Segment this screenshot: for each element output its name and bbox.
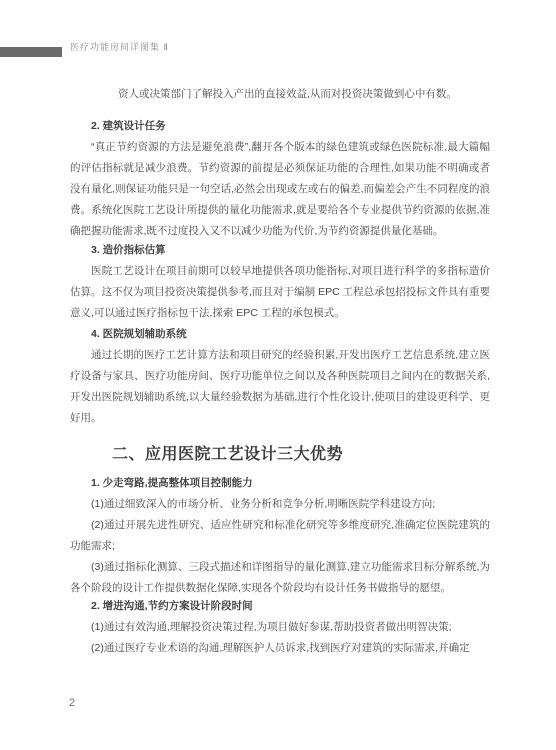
section-title-three-advantages: 二、应用医院工艺设计三大优势	[112, 442, 490, 468]
advantage2-item-1: (1)通过有效沟通,理解投资决策过程,为项目做好参谋,帮助投资者做出明智决策;	[70, 617, 490, 638]
header-band	[0, 47, 62, 57]
advantage2-item-2: (2)通过医疗专业术语的沟通,理解医护人员诉求,找到医疗对建筑的实际需求,并确定	[70, 638, 490, 659]
paragraph-building-design-task: “真正节约资源的方法是避免浪费”,翻开各个版本的绿色建筑或绿色医院标准,最大篇幅…	[70, 137, 490, 242]
heading-advantage-2: 2. 增进沟通,节约方案设计阶段时间	[91, 596, 490, 617]
book-page: 医疗功能房间详图集 Ⅱ 资人或决策部门了解投入产出的直接效益,从而对投资决策做到…	[0, 0, 556, 750]
advantage1-item-2: (2)通过开展先进性研究、适应性研究和标准化研究等多维度研究,准确定位医院建筑的…	[70, 515, 490, 557]
page-body: 资人或决策部门了解投入产出的直接效益,从而对投资决策做到心中有数。 2. 建筑设…	[70, 84, 490, 659]
running-header-title: 医疗功能房间详图集 Ⅱ	[70, 41, 169, 53]
paragraph-cost-index-estimate: 医院工艺设计在项目前期可以较早地提供各项功能指标,对项目进行科学的多指标造价估算…	[70, 261, 490, 324]
page-number: 2	[69, 697, 75, 709]
continuation-line: 资人或决策部门了解投入产出的直接效益,从而对投资决策做到心中有数。	[118, 84, 490, 105]
paragraph-hospital-planning-system: 通过长期的医疗工艺计算方法和项目研究的经验积累,开发出医疗工艺信息系统,建立医疗…	[70, 345, 490, 429]
advantage1-item-1: (1)通过细致深入的市场分析、业务分析和竞争分析,明晰医院学科建设方向;	[70, 494, 490, 515]
advantage1-item-3: (3)通过指标化测算、三段式描述和详图指导的量化测算,建立功能需求目标分解系统,…	[70, 557, 490, 599]
heading-building-design-task: 2. 建筑设计任务	[91, 116, 490, 137]
heading-advantage-1: 1. 少走弯路,提高整体项目控制能力	[91, 473, 490, 494]
heading-cost-index-estimate: 3. 造价指标估算	[91, 240, 490, 261]
heading-hospital-planning-system: 4. 医院规划辅助系统	[91, 324, 490, 345]
